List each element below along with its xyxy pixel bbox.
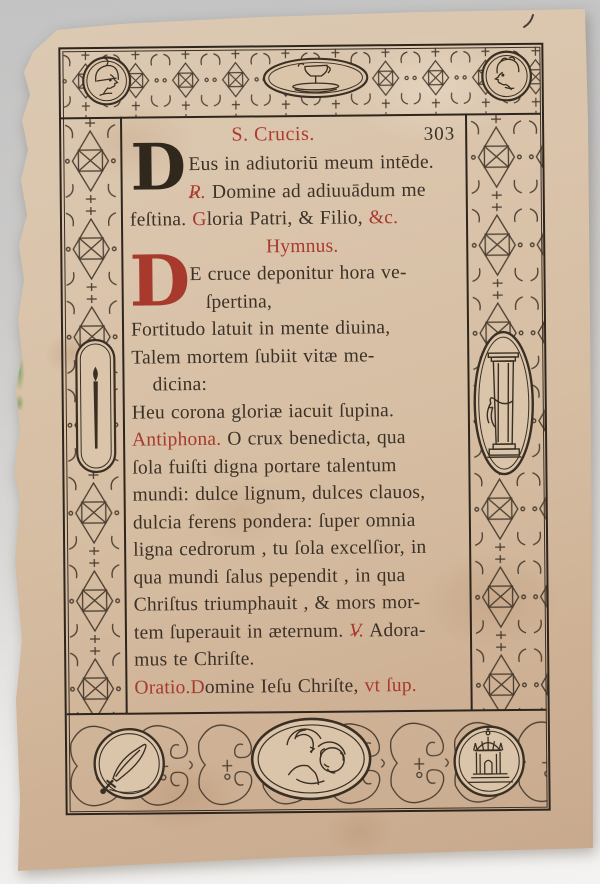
body-text: Fortitudo latuit in mente diuina, — [131, 317, 390, 340]
rubric-text: G — [192, 209, 206, 230]
text-block: S. Crucis. 303 D D Eus in adiutoriū meum… — [120, 113, 472, 713]
body-text: Eus in adiutoriū meum intēde. — [188, 152, 434, 175]
text-line: Heu corona gloriæ iacuit ſupina. — [123, 396, 469, 427]
body-text: omine Ieſu Chriſte, — [205, 675, 365, 698]
body-text: Domine ad adiuuādum me — [206, 179, 426, 202]
body-text: dicina: — [152, 374, 207, 396]
text-line: Antiphona. O crux benedicta, qua — [123, 423, 469, 454]
body-text: tem ſuperauit in æternum. — [134, 620, 350, 643]
photo-background: S. Crucis. 303 D D Eus in adiutoriū meum… — [0, 0, 600, 884]
body-text: Chriſtus triumphauit , & mors mor- — [134, 592, 421, 616]
body-text: ſpertina, — [206, 291, 272, 313]
text-line: R. Domine ad adiuuādum me — [121, 176, 467, 207]
body-text: Heu corona gloriæ iacuit ſupina. — [132, 400, 394, 424]
body-text: mus te Chriſte. — [134, 648, 255, 670]
body-text: ligna cedrorum , tu ſola excelſior, in — [133, 537, 427, 561]
text-line: Hymnus. — [121, 231, 467, 262]
text-line: tem ſuperauit in æternum. V. Adora- — [125, 616, 471, 647]
body-text: Adora- — [364, 619, 426, 641]
liturgical-symbol: V. — [349, 617, 364, 645]
curved-sword-medallion — [89, 723, 170, 804]
body-text: Talem mortem ſubiit vitæ me- — [131, 345, 374, 368]
male-head-medallion — [478, 48, 535, 105]
text-line: Talem mortem ſubiit vitæ me- — [122, 341, 468, 372]
domed-tabernacle-medallion — [449, 721, 530, 802]
text-line: qua mundi ſalus pependit , in qua — [124, 561, 470, 592]
bound-column-cartouche — [471, 328, 536, 479]
text-lines: Eus in adiutoriū meum intēde.R. Domine a… — [120, 148, 471, 701]
text-line: mus te Chriſte. — [125, 643, 471, 674]
body-text: mundi: dulce lignum, dulces clauos, — [133, 482, 426, 506]
text-line: dicina: — [122, 368, 468, 399]
text-line: ligna cedrorum , tu ſola excelſior, in — [124, 533, 470, 564]
text-line: ſola fuiſti digna portare talentum — [123, 451, 469, 482]
body-text: loria Patri, & Filio, — [207, 207, 369, 230]
text-line: ſpertina, — [122, 286, 468, 317]
rubric-text: Oratio. — [134, 677, 190, 699]
rubric-text: &c. — [369, 207, 399, 228]
page-number: 303 — [424, 124, 456, 146]
rubric-text: vt ſup. — [364, 674, 416, 696]
rubric-text: D — [190, 676, 204, 697]
body-text: qua mundi ſalus pependit , in qua — [133, 565, 405, 589]
body-text: dulcia ferens pondera: ſuper omnia — [133, 509, 416, 533]
burning-taper-cartouche — [73, 336, 118, 476]
green-paint-smudge — [13, 352, 26, 410]
text-line: mundi: dulce lignum, dulces clauos, — [123, 478, 469, 509]
liturgical-symbol: R. — [189, 178, 206, 206]
woodcut-border-frame: S. Crucis. 303 D D Eus in adiutoriū meum… — [58, 43, 550, 816]
body-text: ſola fuiſti digna portare talentum — [132, 455, 396, 479]
rubric-text: Antiphona. — [132, 429, 221, 451]
body-text: E cruce deponitur hora ve- — [189, 262, 406, 285]
chalice-on-dish-medallion — [258, 55, 372, 100]
text-line: Oratio.Domine Ieſu Chriſte, vt ſup. — [125, 671, 471, 702]
rubric-text: Hymnus. — [266, 235, 339, 257]
book-leaf: S. Crucis. 303 D D Eus in adiutoriū meum… — [0, 0, 600, 884]
text-line: dulcia ferens pondera: ſuper omnia — [124, 506, 470, 537]
body-text: O crux benedicta, qua — [221, 427, 406, 450]
body-text: feſtina. — [130, 209, 193, 231]
ink-mark — [522, 13, 536, 29]
text-line: Eus in adiutoriū meum intēde. — [120, 148, 466, 179]
two-saints-medallion — [248, 716, 375, 801]
text-line: feſtina. Gloria Patri, & Filio, &c. — [121, 203, 467, 234]
text-line: Fortitudo latuit in mente diuina, — [122, 313, 468, 344]
text-line: Chriſtus triumphauit , & mors mor- — [125, 588, 471, 619]
helmeted-head-medallion — [79, 53, 134, 110]
text-line: E cruce deponitur hora ve- — [121, 258, 467, 289]
paper-shadow-wrap: S. Crucis. 303 D D Eus in adiutoriū meum… — [0, 0, 600, 884]
